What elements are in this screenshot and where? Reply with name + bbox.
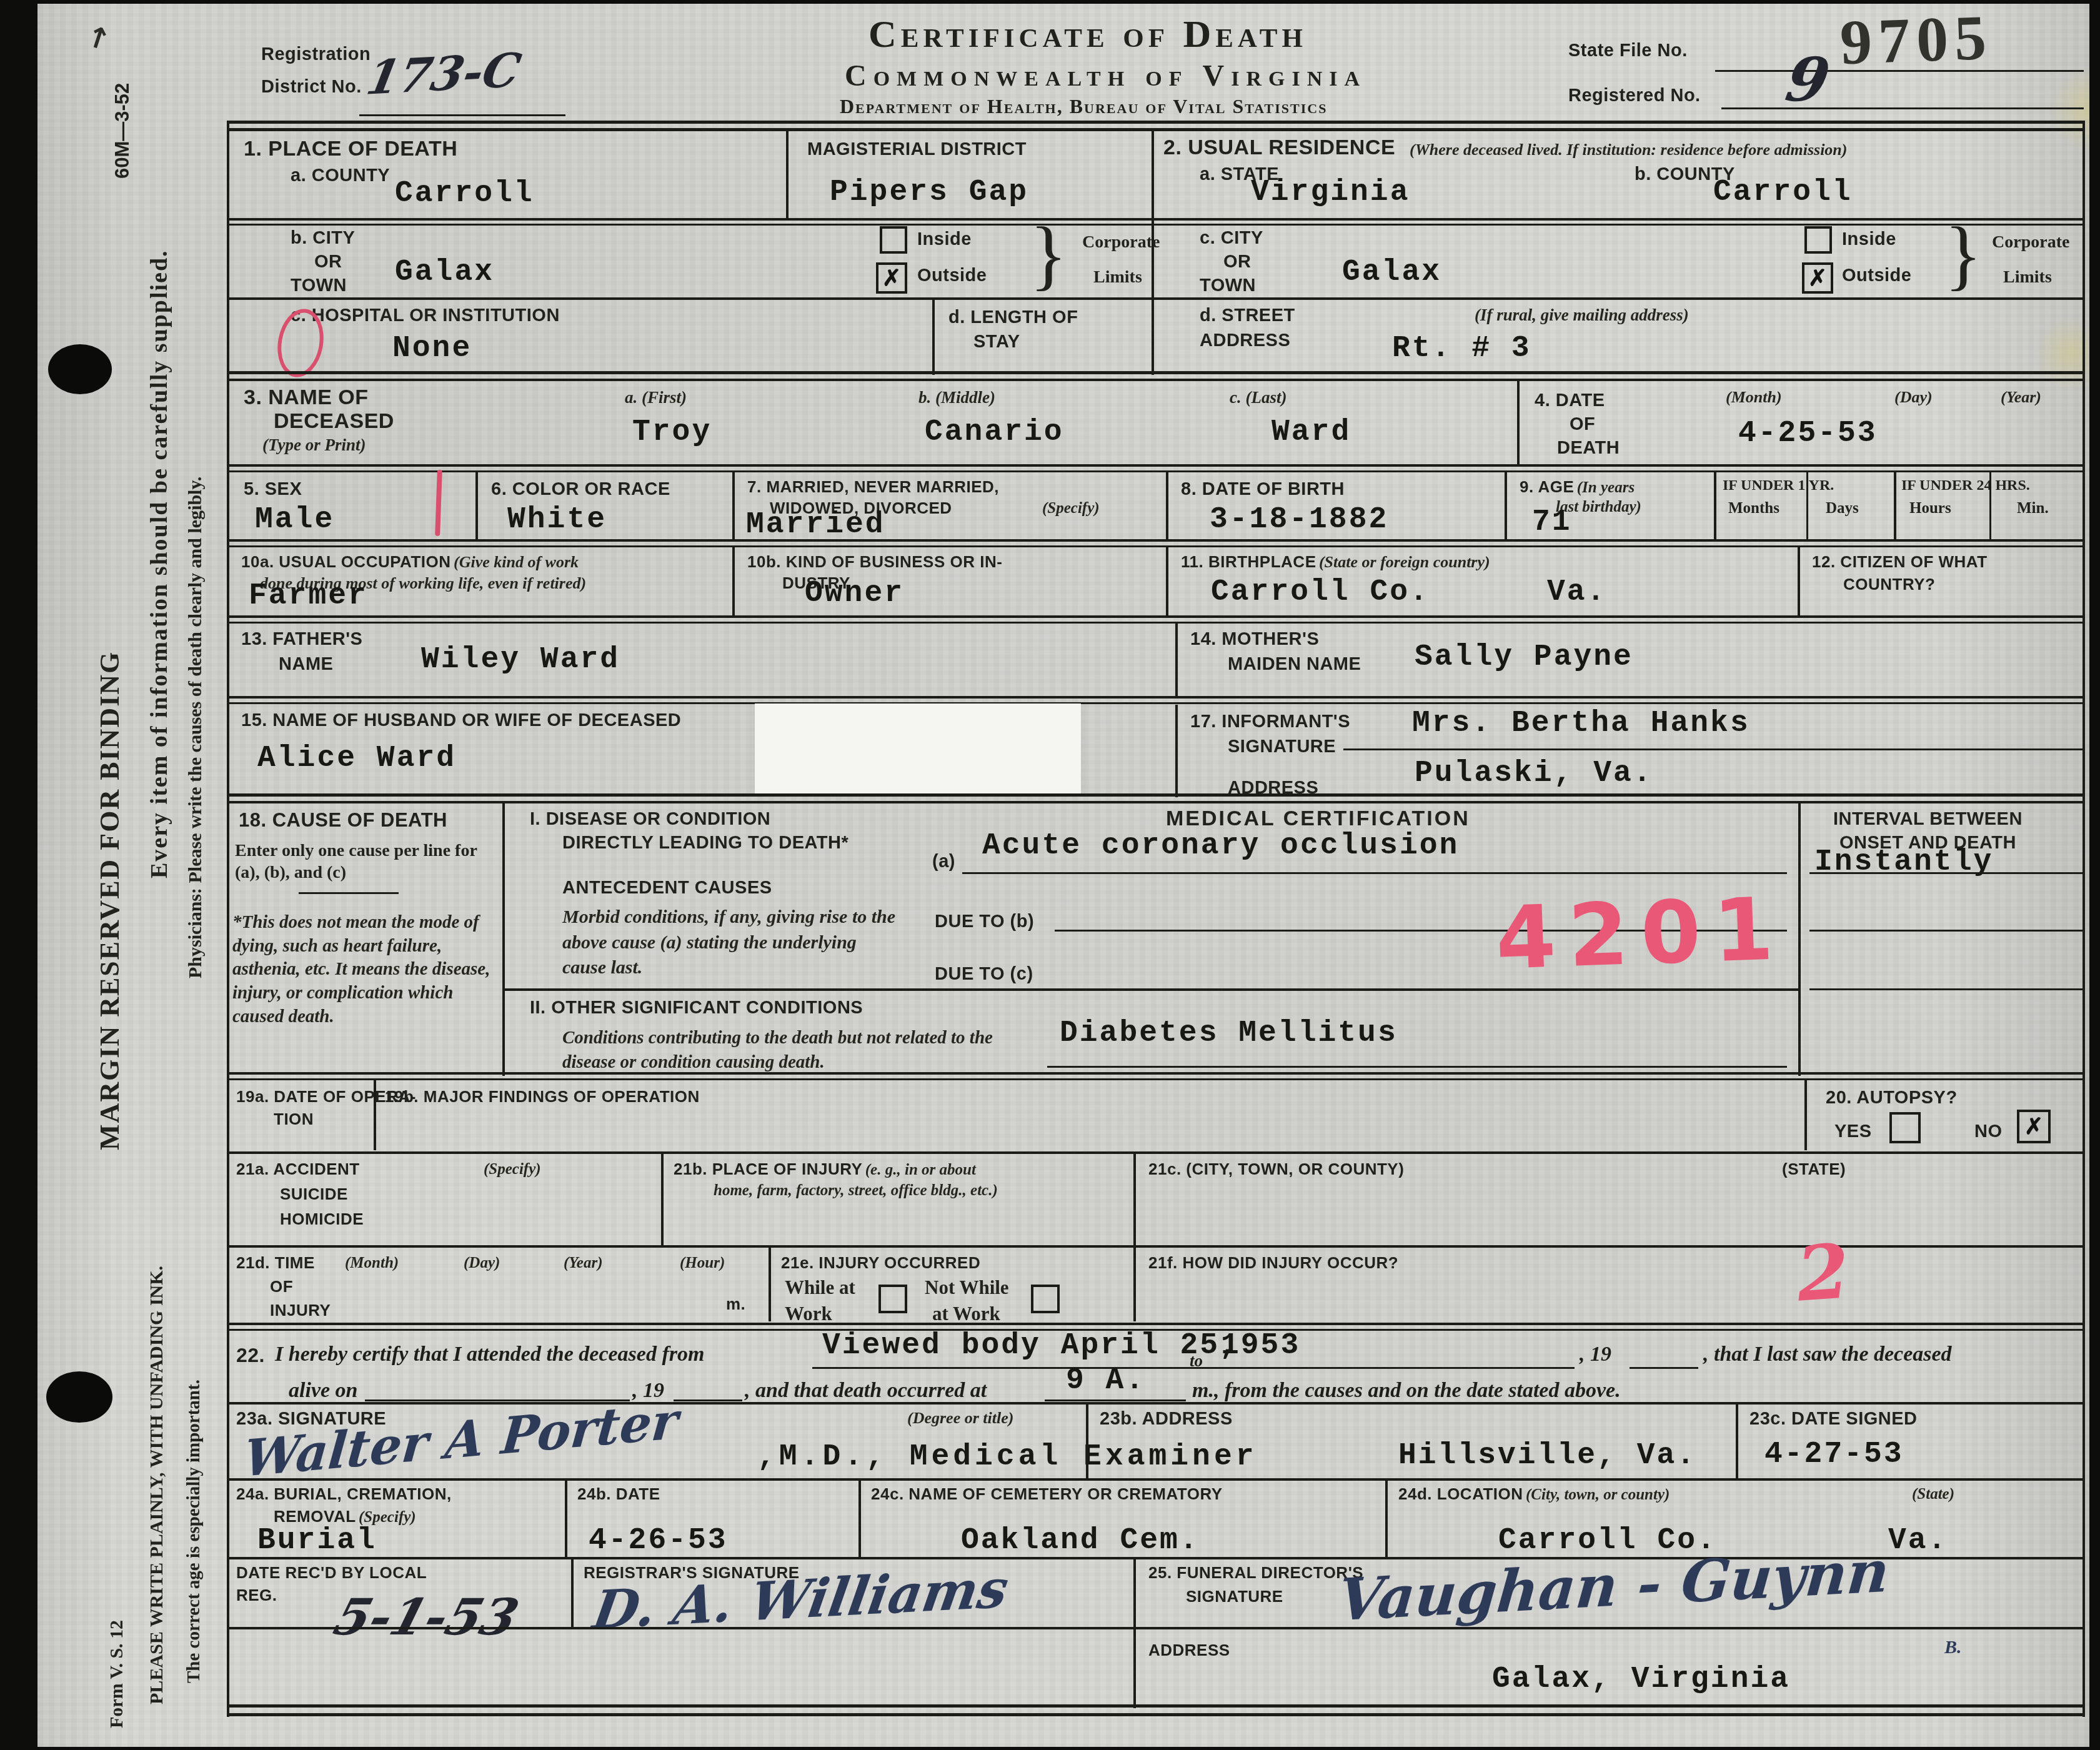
margin-note-correct-age: The correct age is especially important. bbox=[182, 1183, 205, 1683]
certify-text-2: , that I last saw the deceased bbox=[1703, 1342, 1952, 1368]
row1-rule-2 bbox=[227, 224, 2085, 226]
mother-value: Sally Payne bbox=[1415, 641, 1633, 674]
name-middle-label: b. (Middle) bbox=[918, 387, 995, 409]
due-to-c-label: DUE TO (c) bbox=[935, 963, 1033, 985]
scanned-death-certificate: ↑ 60M—3-52 MARGIN RESERVED FOR BINDING E… bbox=[0, 0, 2100, 1750]
margin-binding-note: MARGIN RESERVED FOR BINDING bbox=[92, 588, 127, 1150]
divider-autopsy bbox=[1804, 1080, 1807, 1150]
registered-no-line bbox=[1721, 107, 2084, 109]
row7-rule-1 bbox=[227, 696, 2085, 699]
burial-location-state-value: Va. bbox=[1888, 1524, 1948, 1558]
race-value: White bbox=[507, 504, 607, 537]
registered-no-label: Registered No. bbox=[1568, 85, 1701, 107]
burial-date-value: 4-26-53 bbox=[589, 1524, 728, 1558]
injury-m-label: m. bbox=[726, 1295, 745, 1314]
residence-city-value: Galax bbox=[1342, 256, 1441, 289]
divider-registrar bbox=[571, 1559, 574, 1628]
father-value: Wiley Ward bbox=[421, 644, 620, 677]
row6-rule-2 bbox=[227, 622, 2085, 624]
hospital-value: None bbox=[392, 332, 472, 365]
age-label-note-1: (In years bbox=[1577, 479, 1635, 496]
certificate-dept-line: Department of Health, Bureau of Vital St… bbox=[840, 95, 1327, 118]
birthplace-value-county: Carroll Co. bbox=[1211, 576, 1430, 609]
place-city-label-1: b. CITY bbox=[291, 227, 355, 249]
state-file-number-stamp: 9705 bbox=[1839, 6, 1993, 75]
divider-under-24hrs bbox=[1894, 472, 1896, 539]
cause-note-2: *This does not mean the mode of dying, s… bbox=[232, 911, 495, 1028]
funeral-director-label-2: SIGNATURE bbox=[1186, 1587, 1283, 1606]
place-of-death-heading: 1. PLACE OF DEATH bbox=[244, 136, 457, 162]
accident-label-2: SUICIDE bbox=[280, 1185, 348, 1204]
place-outside-checkbox: ✗ bbox=[876, 262, 907, 294]
divider-21b bbox=[661, 1154, 664, 1246]
date-signed-label: 23c. DATE SIGNED bbox=[1749, 1408, 1918, 1430]
date-recd-value: 5-1-53 bbox=[329, 1592, 524, 1642]
bottom-rule-2 bbox=[227, 1713, 2085, 1716]
death-date-day-label: (Day) bbox=[1894, 387, 1933, 408]
form-right-border bbox=[2083, 121, 2085, 1717]
place-corporate-brace: } bbox=[1030, 216, 1067, 294]
informant-signature-line bbox=[1343, 748, 2083, 750]
registered-no-value: 9 bbox=[1782, 50, 1834, 110]
accident-label-3: HOMICIDE bbox=[280, 1210, 364, 1229]
date-signed-value: 4-27-53 bbox=[1764, 1438, 1904, 1471]
header-rule-2 bbox=[227, 128, 2085, 131]
race-label: 6. COLOR OR RACE bbox=[491, 479, 670, 500]
birth-date-label: 8. DATE OF BIRTH bbox=[1181, 479, 1345, 500]
certify-text-3: alive on bbox=[289, 1378, 357, 1404]
row5-rule-1 bbox=[227, 539, 2085, 542]
place-city-value: Galax bbox=[395, 256, 494, 289]
cause-a-label: (a) bbox=[932, 851, 955, 873]
certify-text-1: I hereby certify that I attended the dec… bbox=[275, 1342, 704, 1368]
district-no-label: District No. bbox=[261, 76, 362, 98]
funeral-director-signature: Vaughan - Guynn bbox=[1336, 1543, 1892, 1629]
occupation-label-note: (Give kind of work bbox=[454, 553, 579, 571]
margin-note-plainly: PLEASE WRITE PLAINLY, WITH UNFADING INK. bbox=[145, 1260, 169, 1704]
burial-value: Burial bbox=[257, 1524, 377, 1558]
marital-specify-note: (Specify) bbox=[1042, 499, 1100, 518]
certify-text-5: m., from the causes and on the date stat… bbox=[1192, 1378, 1621, 1404]
cause-a-value: Acute coronary occlusion bbox=[982, 830, 1459, 863]
divider-under-1yr bbox=[1714, 472, 1716, 539]
row6-rule-1 bbox=[227, 615, 2085, 618]
mother-label-1: 14. MOTHER'S bbox=[1190, 629, 1319, 650]
under-24hrs-min-label: Min. bbox=[2017, 499, 2049, 518]
how-injury-label: 21f. HOW DID INJURY OCCUR? bbox=[1148, 1253, 1398, 1273]
divider-21f bbox=[1133, 1248, 1136, 1321]
place-corporate-label: Corporate bbox=[1082, 231, 1160, 253]
place-outside-label: Outside bbox=[917, 265, 987, 287]
accident-label-1: 21a. ACCIDENT bbox=[236, 1160, 360, 1179]
certify-number: 22. bbox=[236, 1343, 265, 1367]
residence-outside-checkbox: ✗ bbox=[1802, 262, 1833, 294]
informant-label-2: SIGNATURE bbox=[1228, 736, 1336, 758]
burial-location-label: 24d. LOCATION (City, town, or county) bbox=[1398, 1484, 1670, 1504]
burial-location-note: (City, town, or county) bbox=[1526, 1486, 1670, 1503]
place-county-label: a. COUNTY bbox=[291, 165, 390, 187]
injury-hour-label: (Hour) bbox=[680, 1253, 725, 1273]
place-county-value: Carroll bbox=[395, 177, 534, 211]
spouse-value: Alice Ward bbox=[257, 742, 456, 775]
autopsy-label: 20. AUTOPSY? bbox=[1826, 1087, 1958, 1109]
under-24hrs-label: IF UNDER 24 HRS. bbox=[1901, 476, 2030, 495]
cause-of-death-heading: 18. CAUSE OF DEATH bbox=[239, 808, 447, 832]
certify-19-line-a bbox=[1630, 1367, 1698, 1369]
place-inside-label: Inside bbox=[917, 229, 972, 251]
divider-21c bbox=[1133, 1154, 1136, 1246]
section-ii-divider bbox=[502, 988, 1798, 991]
magisterial-district-label: MAGISTERIAL DISTRICT bbox=[807, 139, 1027, 161]
row3-rule-1 bbox=[227, 371, 2085, 374]
street-value: Rt. # 3 bbox=[1392, 332, 1531, 365]
red-tick-mark bbox=[435, 470, 442, 536]
divider-date-of-death bbox=[1517, 381, 1520, 465]
district-no-value: 173-C bbox=[363, 47, 524, 102]
informant-address-value: Pulaski, Va. bbox=[1415, 757, 1653, 790]
divider-birth bbox=[1166, 472, 1168, 539]
residence-city-label-2: OR bbox=[1223, 251, 1252, 273]
divider-marital bbox=[732, 472, 735, 539]
divider-magisterial bbox=[786, 128, 789, 218]
certify-fill-from: Viewed body April 25, bbox=[822, 1330, 1240, 1363]
cause-a-line bbox=[962, 872, 1787, 874]
place-city-label-2: OR bbox=[314, 251, 342, 273]
row8-rule-1 bbox=[227, 793, 2085, 797]
residence-inside-checkbox bbox=[1804, 226, 1832, 254]
birthplace-label-note: (State or foreign country) bbox=[1319, 553, 1490, 571]
disease-label-2: DIRECTLY LEADING TO DEATH* bbox=[562, 832, 848, 854]
burial-specify-note: (Specify) bbox=[359, 1509, 416, 1526]
degree-or-title-note: (Degree or title) bbox=[907, 1408, 1013, 1429]
divider-24d bbox=[1385, 1481, 1388, 1559]
residence-corporate-label: Corporate bbox=[1992, 231, 2069, 253]
birthplace-label: 11. BIRTHPLACE (State or foreign country… bbox=[1181, 552, 1490, 573]
name-first-value: Troy bbox=[632, 416, 712, 449]
certificate-subtitle: Commonwealth of Virginia bbox=[845, 59, 1366, 93]
marital-value: Married bbox=[746, 509, 885, 542]
divider-months-days bbox=[1806, 472, 1808, 539]
date-recd-label-1: DATE REC'D BY LOCAL bbox=[236, 1563, 427, 1583]
father-label-2: NAME bbox=[279, 654, 333, 675]
residence-limits-label: Limits bbox=[2003, 266, 2052, 288]
other-conditions-label: II. OTHER SIGNIFICANT CONDITIONS bbox=[530, 997, 863, 1019]
cause-note-rule bbox=[299, 892, 399, 894]
row10-rule bbox=[227, 1151, 2085, 1154]
other-conditions-line bbox=[1047, 1066, 1787, 1068]
row9-rule-1 bbox=[227, 1072, 2085, 1075]
citizen-label-2: COUNTRY? bbox=[1843, 575, 1935, 594]
certificate-paper: ↑ 60M—3-52 MARGIN RESERVED FOR BINDING E… bbox=[37, 4, 2089, 1747]
row4-rule-1 bbox=[227, 464, 2085, 467]
place-inside-checkbox bbox=[880, 226, 907, 254]
interval-line-b bbox=[1809, 930, 2083, 932]
occupation-value: Farmer bbox=[249, 580, 368, 613]
certificate-title: Certificate of Death bbox=[868, 12, 1307, 57]
occupation-label-main: 10a. USUAL OCCUPATION bbox=[241, 552, 451, 571]
margin-note-supplied: Every item of information should be care… bbox=[145, 66, 175, 878]
father-label-1: 13. FATHER'S bbox=[241, 629, 362, 650]
burial-location-label-main: 24d. LOCATION bbox=[1398, 1484, 1523, 1503]
certify-time-value: 9 A. bbox=[1066, 1365, 1145, 1398]
residence-corporate-brace: } bbox=[1944, 216, 1982, 294]
not-while-label-1: Not While bbox=[925, 1276, 1009, 1300]
pen-arrow-mark: ↑ bbox=[82, 18, 115, 57]
injury-city-label: 21c. (CITY, TOWN, OR COUNTY) bbox=[1148, 1160, 1404, 1179]
age-label: 9. AGE (In years bbox=[1520, 477, 1635, 497]
margin-note-physicians: Physicians: Please write the causes of d… bbox=[184, 285, 207, 978]
death-date-label-3: DEATH bbox=[1557, 437, 1620, 459]
divider-23c bbox=[1736, 1404, 1738, 1481]
funeral-director-initial: B. bbox=[1944, 1636, 1962, 1659]
divider-length-of-stay bbox=[932, 300, 935, 375]
row13-rule bbox=[227, 1402, 2085, 1404]
magisterial-district-value: Pipers Gap bbox=[830, 176, 1028, 209]
business-value: Owner bbox=[805, 577, 904, 610]
death-date-year-label: (Year) bbox=[2001, 387, 2041, 408]
operation-date-label-2: TION bbox=[274, 1110, 314, 1129]
red-code-4201: 4201 bbox=[1495, 886, 1788, 982]
cause-note-1: Enter only one cause per line for (a), (… bbox=[235, 840, 497, 883]
death-date-value: 4-25-53 bbox=[1738, 417, 1878, 450]
street-rural-note: (If rural, give mailing address) bbox=[1475, 305, 1689, 326]
funeral-address-label: ADDRESS bbox=[1148, 1641, 1230, 1660]
signer-address-label: 23b. ADDRESS bbox=[1100, 1408, 1233, 1430]
business-label-1: 10b. KIND OF BUSINESS OR IN- bbox=[747, 552, 1002, 572]
operation-findings-label: 19b. MAJOR FINDINGS OF OPERATION bbox=[385, 1087, 700, 1106]
certify-time-line bbox=[1045, 1400, 1186, 1401]
name-middle-value: Canario bbox=[925, 416, 1064, 449]
burial-label-1: 24a. BURIAL, CREMATION, bbox=[236, 1484, 452, 1504]
residence-city-label-1: c. CITY bbox=[1200, 227, 1263, 249]
row1-rule-1 bbox=[227, 218, 2085, 221]
burial-location-state-note: (State) bbox=[1912, 1484, 1954, 1504]
time-of-injury-label-2: OF bbox=[270, 1277, 293, 1296]
other-conditions-value: Diabetes Mellitus bbox=[1060, 1017, 1398, 1050]
divider-24b bbox=[565, 1481, 567, 1559]
divider-21e bbox=[769, 1248, 771, 1321]
divider-op-findings bbox=[374, 1080, 376, 1150]
name-last-label: c. (Last) bbox=[1230, 387, 1286, 409]
under-1yr-months-label: Months bbox=[1728, 499, 1779, 518]
place-limits-label: Limits bbox=[1093, 266, 1142, 288]
row12-rule-1 bbox=[227, 1323, 2085, 1325]
margin-form-number: Form V. S. 12 bbox=[105, 1533, 129, 1728]
divider-24c bbox=[858, 1481, 861, 1559]
while-at-work-label-1: While at bbox=[785, 1276, 855, 1300]
time-of-injury-label-3: INJURY bbox=[270, 1301, 331, 1320]
place-city-label-3: TOWN bbox=[291, 275, 347, 297]
not-while-checkbox bbox=[1031, 1285, 1060, 1313]
residence-inside-label: Inside bbox=[1842, 229, 1896, 251]
street-label-1: d. STREET bbox=[1200, 305, 1295, 327]
row8-rule-2 bbox=[227, 801, 2085, 803]
punch-hole-top bbox=[48, 344, 112, 394]
under-1yr-days-label: Days bbox=[1826, 499, 1859, 518]
row3-rule-2 bbox=[227, 379, 2085, 381]
divider-mother bbox=[1175, 624, 1178, 699]
hospital-label: c. HOSPITAL OR INSTITUTION bbox=[291, 305, 560, 327]
residence-outside-check: ✗ bbox=[1804, 265, 1831, 291]
citizen-label-1: 12. CITIZEN OF WHAT bbox=[1812, 552, 1988, 572]
injury-day-label: (Day) bbox=[464, 1253, 500, 1273]
occupation-label: 10a. USUAL OCCUPATION (Give kind of work bbox=[241, 552, 579, 573]
death-date-label-1: 4. DATE bbox=[1535, 390, 1605, 412]
morbid-note: Morbid conditions, if any, giving rise t… bbox=[562, 905, 900, 981]
divider-23b bbox=[1086, 1404, 1088, 1481]
certify-text-4: , and that death occurred at bbox=[745, 1378, 987, 1404]
birth-date-value: 3-18-1882 bbox=[1210, 504, 1388, 537]
residence-state-value: Virginia bbox=[1251, 176, 1410, 209]
under-1yr-label: IF UNDER 1 YR. bbox=[1723, 476, 1834, 495]
row5-rule-2 bbox=[227, 545, 2085, 547]
place-of-injury-note-2: home, farm, factory, street, office bldg… bbox=[714, 1181, 998, 1200]
divider-informant bbox=[1175, 705, 1178, 797]
name-heading-2: DECEASED bbox=[274, 409, 394, 434]
autopsy-no-label: NO bbox=[1974, 1121, 2003, 1143]
interval-line-c bbox=[1809, 988, 2083, 990]
residence-outside-label: Outside bbox=[1842, 265, 1911, 287]
spouse-label: 15. NAME OF HUSBAND OR WIFE OF DECEASED bbox=[241, 710, 681, 732]
length-of-stay-label-2: STAY bbox=[973, 331, 1020, 353]
burial-date-label: 24b. DATE bbox=[577, 1484, 660, 1504]
other-conditions-note: Conditions contributing to the death but… bbox=[562, 1026, 1000, 1075]
death-date-label-2: OF bbox=[1570, 414, 1595, 435]
street-label-2: ADDRESS bbox=[1200, 330, 1290, 352]
date-recd-label-2: REG. bbox=[236, 1586, 277, 1605]
bottom-rule-1 bbox=[227, 1704, 2085, 1708]
state-file-label: State File No. bbox=[1568, 40, 1688, 62]
autopsy-yes-checkbox bbox=[1889, 1112, 1921, 1143]
divider-hours-min bbox=[1989, 472, 1991, 539]
antecedent-causes-label: ANTECEDENT CAUSES bbox=[562, 877, 772, 899]
injury-state-label: (STATE) bbox=[1782, 1160, 1846, 1179]
autopsy-yes-label: YES bbox=[1834, 1121, 1872, 1143]
under-24hrs-hours-label: Hours bbox=[1909, 499, 1951, 518]
time-of-injury-label-1: 21d. TIME bbox=[236, 1253, 315, 1273]
birthplace-label-main: 11. BIRTHPLACE bbox=[1181, 552, 1316, 571]
interval-line-a bbox=[1809, 872, 2083, 874]
burial-label-removal: REMOVAL bbox=[274, 1507, 356, 1526]
name-last-value: Ward bbox=[1271, 416, 1351, 449]
accident-specify-note: (Specify) bbox=[484, 1160, 541, 1179]
injury-month-label: (Month) bbox=[345, 1253, 399, 1273]
district-no-line bbox=[359, 114, 565, 116]
degree-value: ,M.D., Medical Examiner bbox=[757, 1441, 1258, 1474]
usual-residence-heading: 2. USUAL RESIDENCE bbox=[1163, 135, 1395, 161]
header-rule-1 bbox=[227, 121, 2085, 124]
divider-citizen bbox=[1798, 547, 1800, 617]
autopsy-no-checkbox: ✗ bbox=[2017, 1110, 2051, 1143]
margin-print-code: 60M—3-52 bbox=[111, 47, 134, 179]
while-at-work-checkbox bbox=[878, 1285, 907, 1313]
row2-rule bbox=[227, 297, 2085, 300]
length-of-stay-label-1: d. LENGTH OF bbox=[948, 307, 1078, 329]
signer-address-value: Hillsville, Va. bbox=[1398, 1439, 1696, 1473]
divider-cause-med bbox=[502, 803, 505, 1076]
form-left-border bbox=[227, 121, 229, 1717]
punch-hole-bottom bbox=[46, 1371, 112, 1423]
residence-city-label-3: TOWN bbox=[1200, 275, 1256, 297]
birthplace-value-state: Va. bbox=[1547, 576, 1606, 609]
mother-label-2: MAIDEN NAME bbox=[1228, 654, 1361, 675]
informant-label-1: 17. INFORMANT'S bbox=[1190, 711, 1350, 733]
name-heading-3: (Type or Print) bbox=[262, 435, 366, 456]
place-of-injury-label-main: 21b. PLACE OF INJURY bbox=[674, 1160, 862, 1178]
medical-certification-title: MEDICAL CERTIFICATION bbox=[1166, 806, 1470, 832]
divider-interval bbox=[1798, 803, 1801, 1076]
red-mark-2: 2 bbox=[1794, 1234, 1852, 1313]
age-value: 71 bbox=[1532, 506, 1572, 539]
injury-year-label: (Year) bbox=[564, 1253, 602, 1273]
sex-label: 5. SEX bbox=[244, 479, 302, 500]
place-of-injury-label: 21b. PLACE OF INJURY (e. g., in or about bbox=[674, 1160, 976, 1180]
registration-label: Registration bbox=[261, 44, 371, 66]
autopsy-no-check: ✗ bbox=[2019, 1112, 2048, 1141]
funeral-director-label-1: 25. FUNERAL DIRECTOR'S bbox=[1148, 1563, 1363, 1583]
age-label-main: 9. AGE bbox=[1520, 477, 1574, 496]
death-date-month-label: (Month) bbox=[1726, 387, 1782, 408]
divider-race bbox=[475, 472, 478, 539]
place-of-injury-note-1: (e. g., in or about bbox=[865, 1161, 976, 1178]
divider-business bbox=[732, 547, 735, 617]
row14-rule bbox=[227, 1478, 2085, 1481]
interval-label-1: INTERVAL BETWEEN bbox=[1833, 808, 2023, 830]
name-heading-1: 3. NAME OF bbox=[244, 385, 369, 410]
row16-mid-rule bbox=[227, 1627, 2085, 1629]
sex-value: Male bbox=[255, 504, 334, 537]
divider-age bbox=[1505, 472, 1507, 539]
name-first-label: a. (First) bbox=[625, 387, 687, 409]
certify-fill-year: 1953 bbox=[1221, 1330, 1300, 1363]
residence-county-value: Carroll bbox=[1713, 176, 1853, 209]
usual-residence-note: (Where deceased lived. If institution: r… bbox=[1410, 140, 1847, 161]
cemetery-value: Oakland Cem. bbox=[961, 1524, 1200, 1558]
injury-occurred-label: 21e. INJURY OCCURRED bbox=[781, 1253, 980, 1273]
informant-signature-value: Mrs. Bertha Hanks bbox=[1412, 707, 1750, 740]
funeral-address-value: Galax, Virginia bbox=[1492, 1663, 1790, 1696]
certify-19-line-b bbox=[674, 1400, 742, 1401]
due-to-b-label: DUE TO (b) bbox=[935, 911, 1034, 933]
marital-label-1: 7. MARRIED, NEVER MARRIED, bbox=[747, 477, 999, 497]
place-outside-check: ✗ bbox=[878, 265, 905, 291]
cemetery-label: 24c. NAME OF CEMETERY OR CREMATORY bbox=[871, 1484, 1223, 1504]
certify-line-1 bbox=[812, 1367, 1575, 1369]
divider-birthplace bbox=[1166, 547, 1168, 617]
certify-19-a: , 19 bbox=[1580, 1342, 1611, 1368]
divider-funeral bbox=[1133, 1559, 1136, 1708]
row7-rule-2 bbox=[227, 702, 2085, 704]
disease-label-1: I. DISEASE OR CONDITION bbox=[530, 808, 770, 830]
whiteout-patch bbox=[755, 703, 1081, 796]
